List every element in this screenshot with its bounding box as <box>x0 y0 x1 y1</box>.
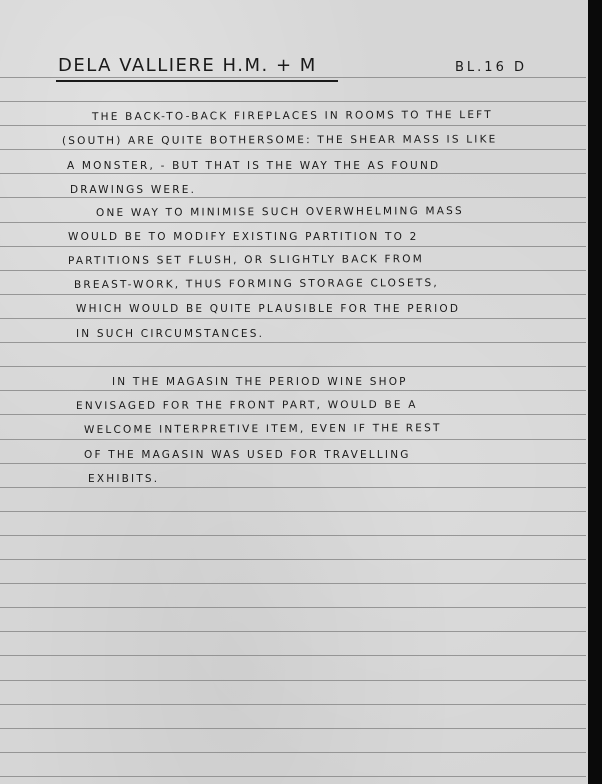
ruled-line <box>0 318 586 319</box>
paragraph-2-line-5: which would be quite plausible for the p… <box>76 303 460 315</box>
ruled-line <box>0 173 586 174</box>
lined-paper-sheet: DeLa Valliere H.M. + M BL.16 D The back-… <box>0 0 588 784</box>
ruled-line <box>0 680 586 681</box>
paragraph-1-line-4: drawings were. <box>70 184 196 196</box>
paragraph-3-line-2: envisaged for the front part, would be a <box>76 399 418 412</box>
ruled-line <box>0 439 586 440</box>
document-reference: BL.16 D <box>455 62 527 74</box>
ruled-line <box>0 101 586 102</box>
paragraph-2-line-6: in such circumstances. <box>76 328 264 340</box>
ruled-line <box>0 222 586 223</box>
ruled-line <box>0 342 586 343</box>
ruled-line <box>0 463 586 464</box>
ruled-line <box>0 487 586 488</box>
ruled-line <box>0 270 586 271</box>
paragraph-2-line-3: partitions set flush, or slightly back f… <box>68 253 424 267</box>
ruled-line <box>0 294 586 295</box>
ruled-line <box>0 390 586 391</box>
document-title: DeLa Valliere H.M. + M <box>58 56 317 76</box>
ruled-line <box>0 559 586 560</box>
ruled-line <box>0 535 586 536</box>
ruled-line <box>0 149 586 150</box>
ruled-line <box>0 125 586 126</box>
ruled-line <box>0 583 586 584</box>
paragraph-1-line-3: a monster, - but that is the way the as … <box>67 160 440 172</box>
paragraph-1-line-2: (south) are quite bothersome: the shear … <box>62 133 498 147</box>
paragraph-3-line-3: welcome interpretive item, even if the r… <box>84 422 442 436</box>
ruled-line <box>0 414 586 415</box>
paragraph-1-line-1: The back-to-back fireplaces in rooms to … <box>92 109 493 123</box>
paragraph-3-line-5: exhibits. <box>88 473 159 485</box>
paragraph-2-line-1: One way to minimise such overwhelming ma… <box>96 205 464 219</box>
title-underline <box>56 80 338 82</box>
paragraph-3-line-1: In the magasin the period wine shop <box>112 376 408 388</box>
paragraph-2-line-4: breast-work, thus forming storage closet… <box>74 277 439 291</box>
ruled-line <box>0 776 586 777</box>
ruled-line <box>0 511 586 512</box>
ruled-line <box>0 607 586 608</box>
ruled-line <box>0 366 586 367</box>
ruled-line <box>0 77 586 78</box>
ruled-line <box>0 704 586 705</box>
paragraph-3-line-4: of the magasin was used for travelling <box>84 449 411 461</box>
ruled-line <box>0 631 586 632</box>
ruled-line <box>0 752 586 753</box>
paragraph-2-line-2: would be to modify existing partition to… <box>68 231 418 243</box>
ruled-line <box>0 197 586 198</box>
ruled-line <box>0 246 586 247</box>
ruled-line <box>0 655 586 656</box>
ruled-line <box>0 728 586 729</box>
